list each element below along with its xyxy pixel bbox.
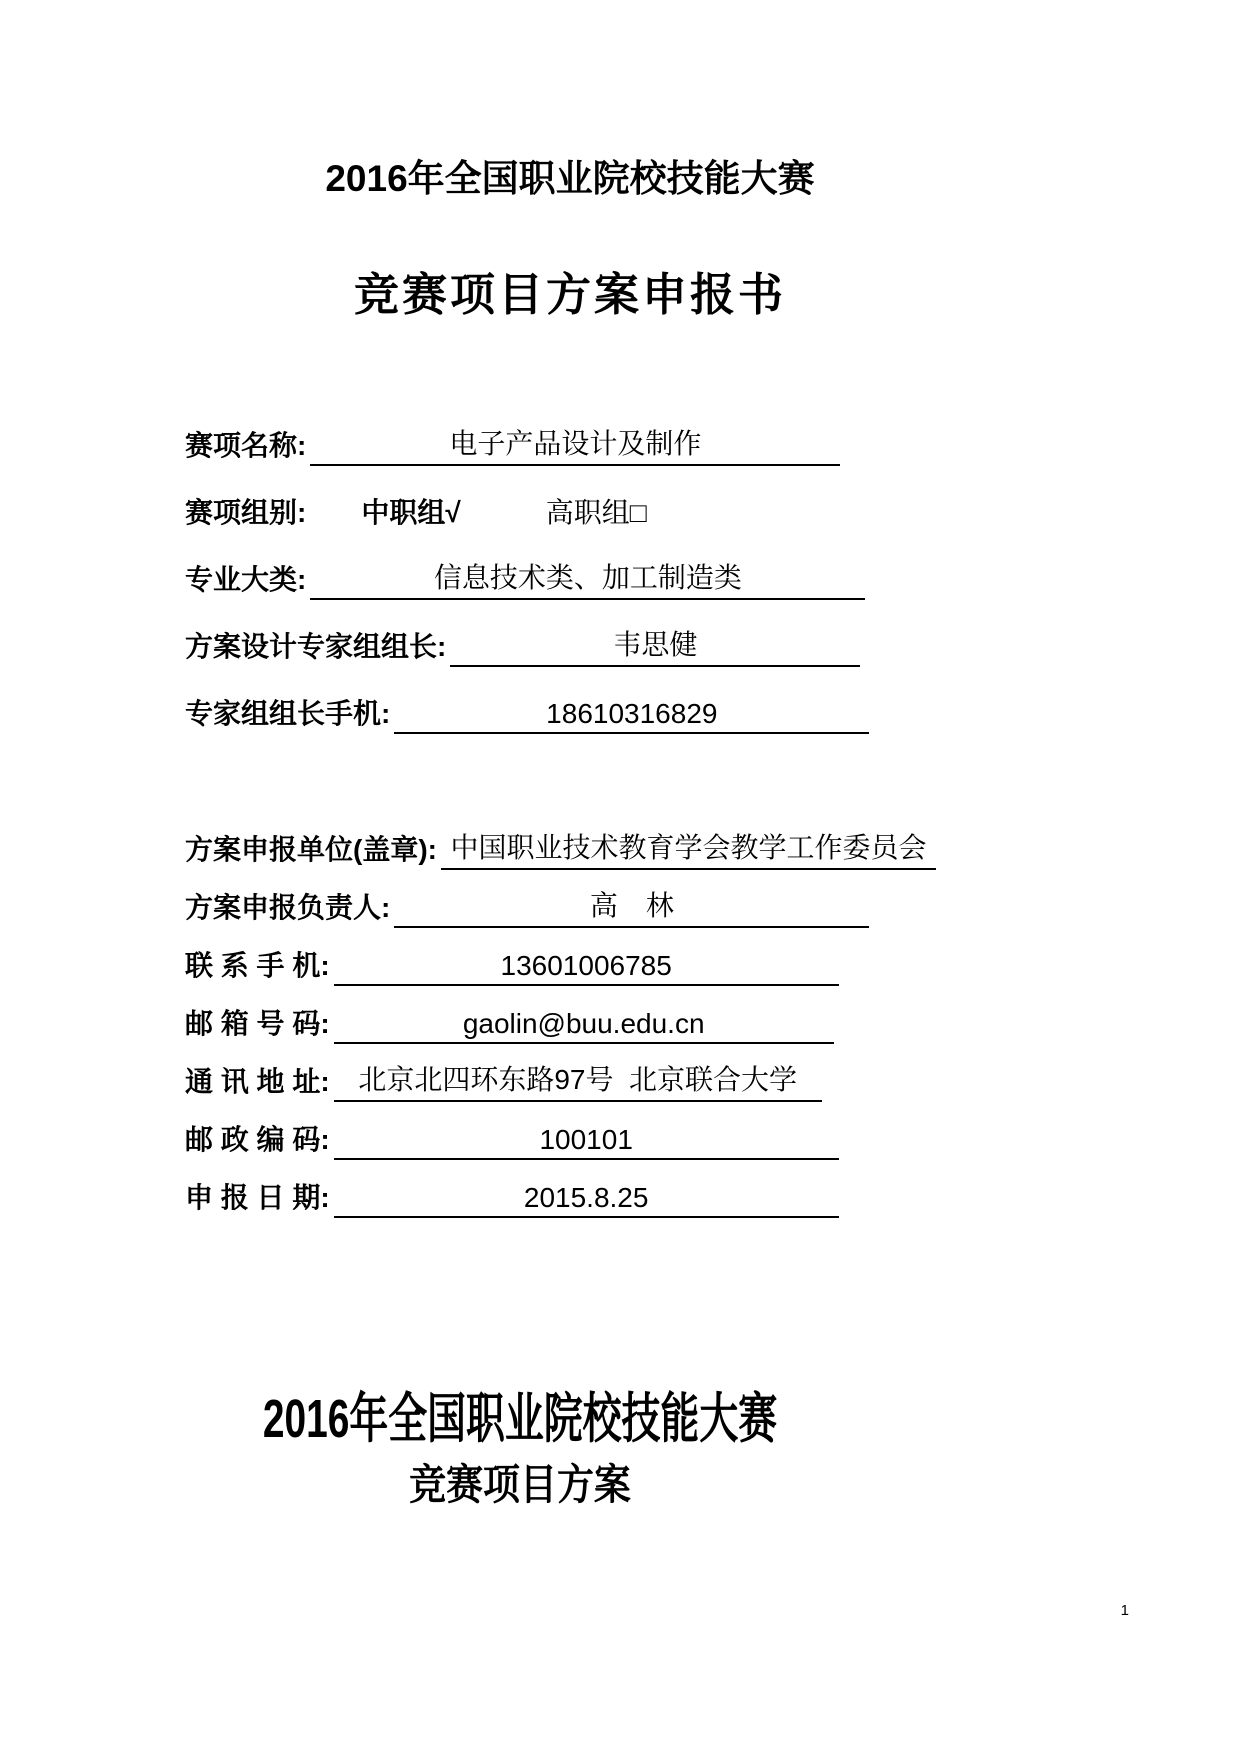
field-value-competition-name: 电子产品设计及制作 — [310, 422, 840, 466]
page-number: 1 — [1121, 1602, 1129, 1619]
field-row-expert-group-leader: 方案设计专家组组长: 韦思健 — [185, 629, 869, 667]
field-label-competition-group: 赛项组别: — [185, 491, 306, 533]
field-label-email: 邮 箱 号 码: — [185, 1002, 330, 1044]
field-label-expert-leader-phone: 专家组组长手机: — [185, 692, 390, 734]
option-secondary-vocational-group: 中职组√ — [361, 491, 460, 533]
field-row-competition-group: 赛项组别: 中职组√ 高职组□ — [185, 495, 869, 533]
field-value-postal-code: 100101 — [334, 1124, 839, 1160]
field-label-competition-name: 赛项名称: — [185, 424, 306, 466]
field-row-expert-leader-phone: 专家组组长手机: 18610316829 — [185, 696, 869, 734]
field-value-expert-group-leader: 韦思健 — [450, 623, 860, 667]
field-row-application-date: 申 报 日 期: 2015.8.25 — [185, 1180, 936, 1218]
field-label-contact-phone: 联 系 手 机: — [185, 944, 330, 986]
field-label-application-date: 申 报 日 期: — [185, 1176, 330, 1218]
field-row-contact-phone: 联 系 手 机: 13601006785 — [185, 948, 936, 986]
field-row-email: 邮 箱 号 码: gaolin@buu.edu.cn — [185, 1006, 936, 1044]
checkbox-icon: □ — [630, 497, 647, 528]
field-value-expert-leader-phone: 18610316829 — [394, 698, 869, 734]
option-higher-vocational-label: 高职组 — [546, 497, 630, 528]
document-page: 2016年全国职业院校技能大赛 竞赛项目方案申报书 赛项名称: 电子产品设计及制… — [0, 0, 1241, 1754]
field-value-applicant-unit: 中国职业技术教育学会教学工作委员会 — [441, 826, 936, 870]
document-header-title: 2016年全国职业院校技能大赛 — [0, 148, 1140, 202]
check-mark-icon: √ — [445, 497, 460, 528]
field-label-applicant-unit: 方案申报单位(盖章): — [185, 828, 437, 870]
field-row-mailing-address: 通 讯 地 址: 北京北四环东路97号 北京联合大学 — [185, 1064, 936, 1102]
document-header-subtitle: 竞赛项目方案申报书 — [0, 258, 1140, 323]
document-footer-subtitle: 竞赛项目方案 — [62, 1452, 977, 1512]
field-value-email: gaolin@buu.edu.cn — [334, 1008, 834, 1044]
option-secondary-vocational-label: 中职组 — [361, 497, 445, 528]
field-value-mailing-address: 北京北四环东路97号 北京联合大学 — [334, 1058, 822, 1102]
field-row-postal-code: 邮 政 编 码: 100101 — [185, 1122, 936, 1160]
field-label-expert-group-leader: 方案设计专家组组长: — [185, 625, 446, 667]
field-label-postal-code: 邮 政 编 码: — [185, 1118, 330, 1160]
field-row-applicant-person: 方案申报负责人: 高 林 — [185, 890, 936, 928]
option-higher-vocational-group: 高职组□ — [546, 491, 647, 533]
form-section-applicant: 方案申报单位(盖章): 中国职业技术教育学会教学工作委员会 方案申报负责人: 高… — [185, 832, 936, 1238]
field-value-applicant-person: 高 林 — [394, 884, 869, 928]
field-value-application-date: 2015.8.25 — [334, 1182, 839, 1218]
form-section-competition: 赛项名称: 电子产品设计及制作 赛项组别: 中职组√ 高职组□ 专业大类: 信息… — [185, 428, 869, 763]
field-value-contact-phone: 13601006785 — [334, 950, 839, 986]
field-label-mailing-address: 通 讯 地 址: — [185, 1060, 330, 1102]
field-row-major-category: 专业大类: 信息技术类、加工制造类 — [185, 562, 869, 600]
field-row-applicant-unit: 方案申报单位(盖章): 中国职业技术教育学会教学工作委员会 — [185, 832, 936, 870]
document-footer-title: 2016年全国职业院校技能大赛 — [146, 1376, 895, 1453]
field-label-applicant-person: 方案申报负责人: — [185, 886, 390, 928]
field-value-major-category: 信息技术类、加工制造类 — [310, 556, 865, 600]
field-row-competition-name: 赛项名称: 电子产品设计及制作 — [185, 428, 869, 466]
field-label-major-category: 专业大类: — [185, 558, 306, 600]
